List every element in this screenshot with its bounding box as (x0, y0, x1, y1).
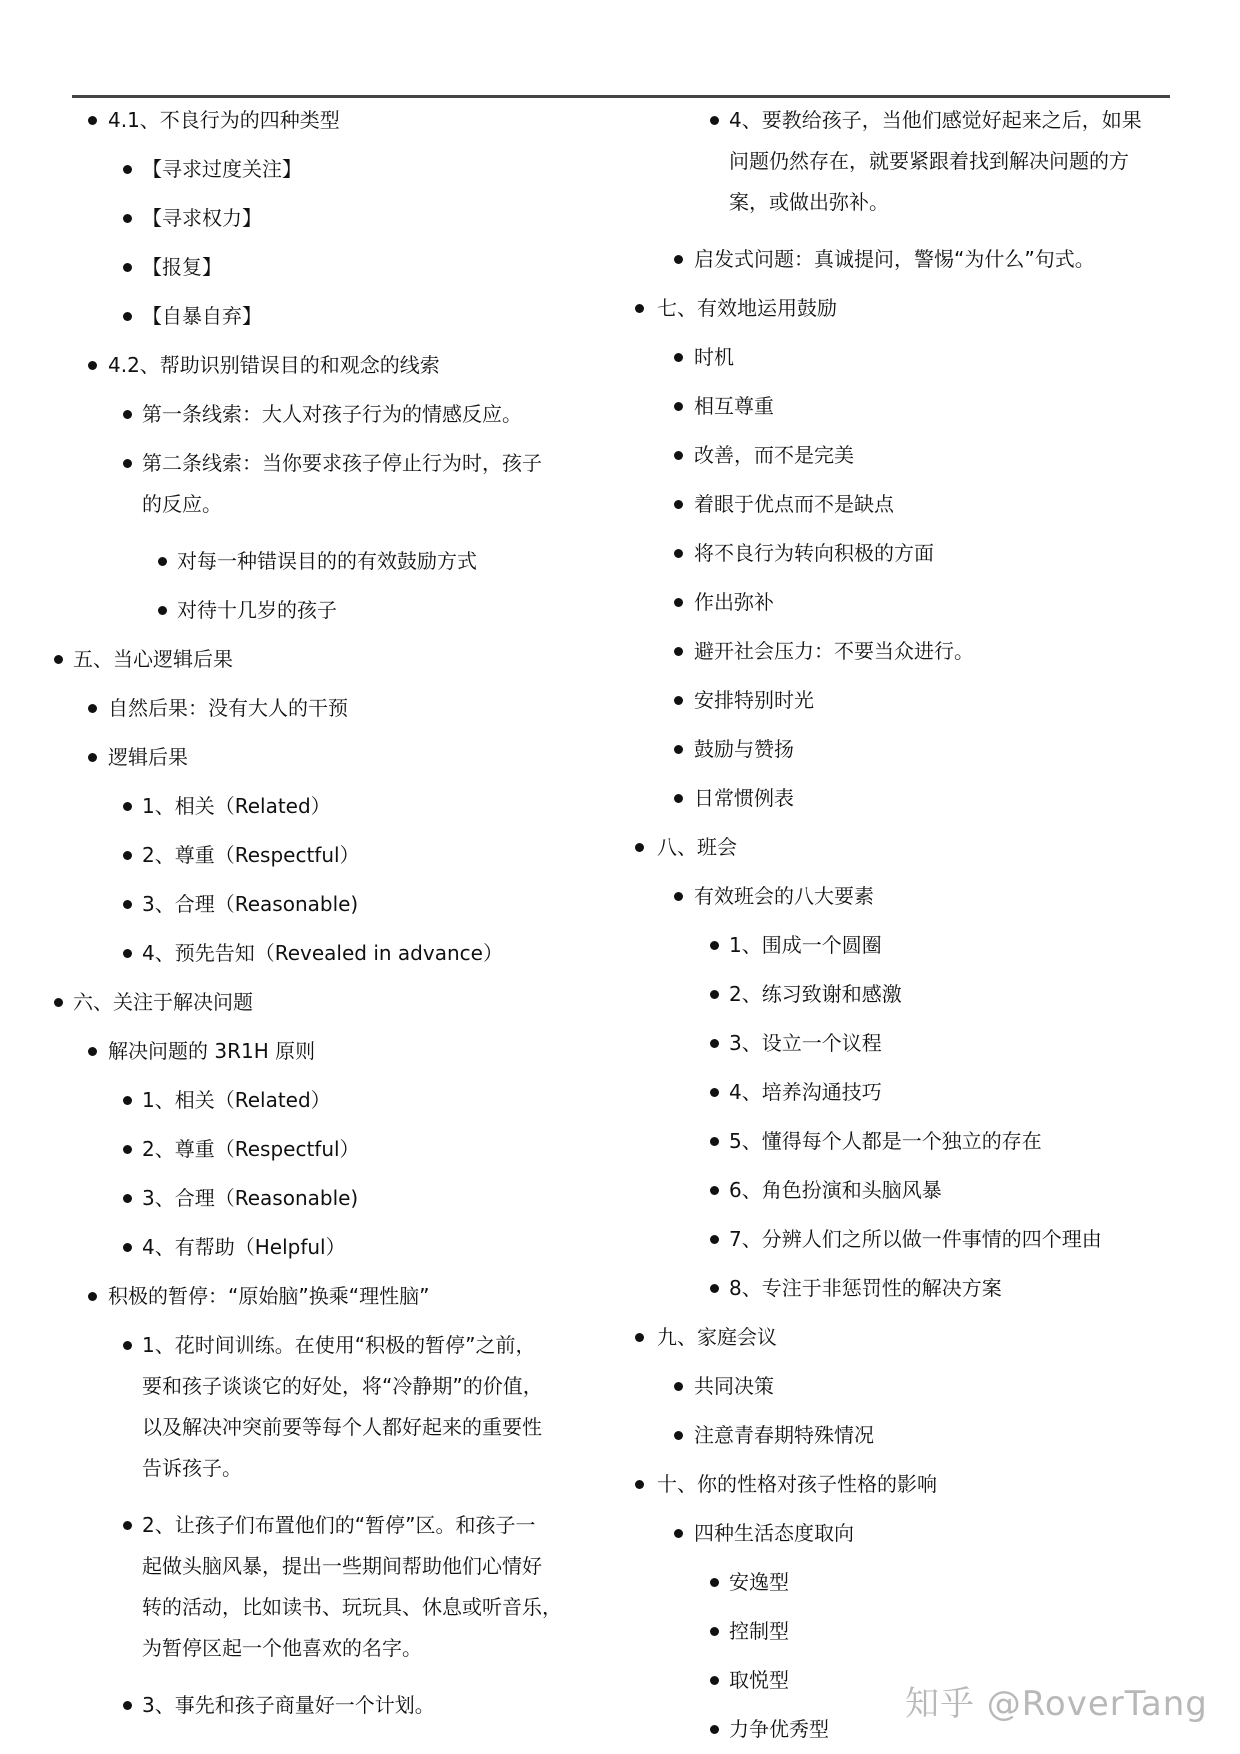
outline-item-text: 3、设立一个议程 (729, 1023, 1180, 1064)
outline-item-text: 4、要教给孩子，当他们感觉好起来之后，如果 (729, 100, 1180, 141)
outline-item-level-1: 鼓励与赞扬 (600, 729, 1180, 770)
bullet-icon (710, 1088, 719, 1097)
bullet-icon (674, 598, 683, 607)
outline-item-level-1: 4.2、帮助识别错误目的和观念的线索 (0, 345, 600, 386)
outline-item-level-2: 【报复】 (0, 247, 600, 288)
outline-item-text: 作出弥补 (694, 582, 1180, 623)
outline-item-level-3: 对每一种错误目的的有效鼓励方式 (0, 541, 600, 582)
bullet-icon (710, 1235, 719, 1244)
outline-item-text: 有效班会的八大要素 (694, 876, 1180, 917)
outline-item-level-0: 八、班会 (600, 827, 1180, 868)
outline-item-level-2: 2、让孩子们布置他们的“暂停”区。和孩子一起做头脑风暴，提出一些期间帮助他们心情… (0, 1505, 600, 1669)
outline-item-text: 3、合理（Reasonable) (142, 1178, 600, 1219)
outline-item-level-3: 对待十几岁的孩子 (0, 590, 600, 631)
bullet-icon (710, 1627, 719, 1636)
outline-list-right: 4、要教给孩子，当他们感觉好起来之后，如果问题仍然存在，就要紧跟着找到解决问题的… (600, 100, 1180, 1750)
outline-item-level-1: 改善，而不是完美 (600, 435, 1180, 476)
outline-item-text: 6、角色扮演和头脑风暴 (729, 1170, 1180, 1211)
outline-item-text: 改善，而不是完美 (694, 435, 1180, 476)
outline-item-level-0: 九、家庭会议 (600, 1317, 1180, 1358)
outline-item-level-1: 作出弥补 (600, 582, 1180, 623)
outline-item-text: 时机 (694, 337, 1180, 378)
bullet-icon (123, 1145, 132, 1154)
left-column: 4.1、不良行为的四种类型【寻求过度关注】【寻求权力】【报复】【自暴自弃】4.2… (0, 100, 600, 1734)
bullet-icon (710, 1725, 719, 1734)
outline-item-text: 【寻求过度关注】 (142, 149, 600, 190)
outline-item-text: 转的活动，比如读书、玩玩具、休息或听音乐， (142, 1587, 600, 1628)
bullet-icon (123, 1096, 132, 1105)
outline-item-text: 2、练习致谢和感激 (729, 974, 1180, 1015)
bullet-icon (674, 892, 683, 901)
bullet-icon (674, 1382, 683, 1391)
outline-item-level-2: 【寻求权力】 (0, 198, 600, 239)
outline-item-level-2: 4、预先告知（Revealed in advance） (0, 933, 600, 974)
outline-item-level-1: 着眼于优点而不是缺点 (600, 484, 1180, 525)
outline-item-text: 为暂停区起一个他喜欢的名字。 (142, 1628, 600, 1669)
outline-item-text: 对每一种错误目的的有效鼓励方式 (177, 541, 600, 582)
bullet-icon (88, 361, 97, 370)
bullet-icon (123, 1701, 132, 1710)
outline-item-text: 安排特别时光 (694, 680, 1180, 721)
bullet-icon (710, 1039, 719, 1048)
outline-item-level-2: 1、相关（Related） (0, 1080, 600, 1121)
outline-item-level-2: 4、培养沟通技巧 (600, 1072, 1180, 1113)
bullet-icon (674, 549, 683, 558)
bullet-icon (123, 459, 132, 468)
outline-item-text: 六、关注于解决问题 (73, 982, 600, 1023)
bullet-icon (710, 1186, 719, 1195)
outline-item-text: 八、班会 (657, 827, 1180, 868)
bullet-icon (674, 255, 683, 264)
bullet-icon (674, 745, 683, 754)
outline-item-text: 3、事先和孩子商量好一个计划。 (142, 1685, 600, 1726)
outline-item-text: 注意青春期特殊情况 (694, 1415, 1180, 1456)
bullet-icon (123, 1521, 132, 1530)
outline-item-text: 2、尊重（Respectful） (142, 835, 600, 876)
outline-item-level-1: 4.1、不良行为的四种类型 (0, 100, 600, 141)
outline-item-level-2: 3、合理（Reasonable) (0, 1178, 600, 1219)
outline-item-text: 【寻求权力】 (142, 198, 600, 239)
outline-item-text: 7、分辨人们之所以做一件事情的四个理由 (729, 1219, 1180, 1260)
bullet-icon (123, 802, 132, 811)
outline-item-level-2: 3、设立一个议程 (600, 1023, 1180, 1064)
outline-item-level-2: 6、角色扮演和头脑风暴 (600, 1170, 1180, 1211)
outline-item-text: 对待十几岁的孩子 (177, 590, 600, 631)
bullet-icon (710, 1284, 719, 1293)
outline-item-text: 3、合理（Reasonable) (142, 884, 600, 925)
outline-item-level-1: 注意青春期特殊情况 (600, 1415, 1180, 1456)
outline-item-text: 控制型 (729, 1611, 1180, 1652)
bullet-icon (88, 704, 97, 713)
outline-item-text: 以及解决冲突前要等每个人都好起来的重要性 (142, 1407, 600, 1448)
outline-item-text: 5、懂得每个人都是一个独立的存在 (729, 1121, 1180, 1162)
outline-item-text: 4.1、不良行为的四种类型 (108, 100, 600, 141)
bullet-icon (54, 998, 63, 1007)
outline-item-level-1: 安排特别时光 (600, 680, 1180, 721)
outline-item-level-2: 3、合理（Reasonable) (0, 884, 600, 925)
outline-item-level-2: 1、围成一个圆圈 (600, 925, 1180, 966)
bullet-icon (123, 900, 132, 909)
outline-item-level-1: 启发式问题：真诚提问，警惕“为什么”句式。 (600, 239, 1180, 280)
outline-item-level-2: 控制型 (600, 1611, 1180, 1652)
outline-item-text: 七、有效地运用鼓励 (657, 288, 1180, 329)
outline-item-level-0: 六、关注于解决问题 (0, 982, 600, 1023)
outline-item-level-2: 2、尊重（Respectful） (0, 1129, 600, 1170)
outline-item-text: 四种生活态度取向 (694, 1513, 1180, 1554)
bullet-icon (158, 606, 167, 615)
outline-item-level-1: 共同决策 (600, 1366, 1180, 1407)
outline-item-level-2: 第一条线索：大人对孩子行为的情感反应。 (0, 394, 600, 435)
zhihu-watermark: 知乎 @RoverTang (905, 1676, 1208, 1725)
outline-item-level-1: 日常惯例表 (600, 778, 1180, 819)
outline-item-text: 解决问题的 3R1H 原则 (108, 1031, 600, 1072)
outline-item-level-1: 相互尊重 (600, 386, 1180, 427)
outline-item-level-2: 安逸型 (600, 1562, 1180, 1603)
bullet-icon (158, 557, 167, 566)
outline-list-left: 4.1、不良行为的四种类型【寻求过度关注】【寻求权力】【报复】【自暴自弃】4.2… (0, 100, 600, 1726)
bullet-icon (123, 410, 132, 419)
outline-item-level-2: 1、相关（Related） (0, 786, 600, 827)
bullet-icon (674, 500, 683, 509)
outline-item-text: 4、培养沟通技巧 (729, 1072, 1180, 1113)
outline-item-text: 1、相关（Related） (142, 1080, 600, 1121)
outline-item-level-2: 2、练习致谢和感激 (600, 974, 1180, 1015)
outline-item-level-2: 3、事先和孩子商量好一个计划。 (0, 1685, 600, 1726)
bullet-icon (635, 1480, 644, 1489)
outline-item-text: 逻辑后果 (108, 737, 600, 778)
bullet-icon (635, 1333, 644, 1342)
bullet-icon (635, 304, 644, 313)
bullet-icon (123, 214, 132, 223)
outline-item-text: 共同决策 (694, 1366, 1180, 1407)
outline-item-level-1: 将不良行为转向积极的方面 (600, 533, 1180, 574)
bullet-icon (123, 851, 132, 860)
outline-item-text: 【自暴自弃】 (142, 296, 600, 337)
bullet-icon (123, 165, 132, 174)
header-rule (72, 95, 1170, 98)
outline-item-text: 1、相关（Related） (142, 786, 600, 827)
outline-item-text: 4、有帮助（Helpful） (142, 1227, 600, 1268)
outline-item-level-1: 解决问题的 3R1H 原则 (0, 1031, 600, 1072)
bullet-icon (674, 1529, 683, 1538)
bullet-icon (88, 1047, 97, 1056)
outline-item-text: 问题仍然存在，就要紧跟着找到解决问题的方 (729, 141, 1180, 182)
outline-item-text: 案，或做出弥补。 (729, 182, 1180, 223)
bullet-icon (88, 1292, 97, 1301)
outline-item-level-2: 【自暴自弃】 (0, 296, 600, 337)
outline-item-level-2: 第二条线索：当你要求孩子停止行为时，孩子的反应。 (0, 443, 600, 525)
bullet-icon (674, 696, 683, 705)
outline-item-text: 相互尊重 (694, 386, 1180, 427)
outline-item-text: 的反应。 (142, 484, 600, 525)
outline-item-text: 启发式问题：真诚提问，警惕“为什么”句式。 (694, 239, 1180, 280)
bullet-icon (710, 1676, 719, 1685)
bullet-icon (710, 116, 719, 125)
outline-item-text: 安逸型 (729, 1562, 1180, 1603)
bullet-icon (123, 312, 132, 321)
bullet-icon (674, 647, 683, 656)
outline-item-level-1: 积极的暂停：“原始脑”换乘“理性脑” (0, 1276, 600, 1317)
bullet-icon (674, 402, 683, 411)
outline-item-level-1: 有效班会的八大要素 (600, 876, 1180, 917)
outline-item-text: 着眼于优点而不是缺点 (694, 484, 1180, 525)
outline-item-text: 告诉孩子。 (142, 1448, 600, 1489)
outline-item-level-2: 【寻求过度关注】 (0, 149, 600, 190)
outline-item-text: 将不良行为转向积极的方面 (694, 533, 1180, 574)
bullet-icon (123, 1194, 132, 1203)
outline-item-level-1: 时机 (600, 337, 1180, 378)
bullet-icon (88, 116, 97, 125)
outline-item-level-2: 1、花时间训练。在使用“积极的暂停”之前，要和孩子谈谈它的好处，将“冷静期”的价… (0, 1325, 600, 1489)
outline-item-level-2: 8、专注于非惩罚性的解决方案 (600, 1268, 1180, 1309)
outline-item-text: 8、专注于非惩罚性的解决方案 (729, 1268, 1180, 1309)
bullet-icon (123, 263, 132, 272)
bullet-icon (710, 1578, 719, 1587)
outline-item-text: 日常惯例表 (694, 778, 1180, 819)
outline-item-text: 4、预先告知（Revealed in advance） (142, 933, 600, 974)
bullet-icon (88, 753, 97, 762)
outline-item-text: 要和孩子谈谈它的好处，将“冷静期”的价值， (142, 1366, 600, 1407)
bullet-icon (123, 1243, 132, 1252)
right-column: 4、要教给孩子，当他们感觉好起来之后，如果问题仍然存在，就要紧跟着找到解决问题的… (600, 100, 1180, 1754)
outline-item-text: 4.2、帮助识别错误目的和观念的线索 (108, 345, 600, 386)
bullet-icon (674, 451, 683, 460)
bullet-icon (710, 941, 719, 950)
outline-item-text: 第二条线索：当你要求孩子停止行为时，孩子 (142, 443, 600, 484)
outline-item-text: 避开社会压力：不要当众进行。 (694, 631, 1180, 672)
bullet-icon (635, 843, 644, 852)
outline-item-level-1: 自然后果：没有大人的干预 (0, 688, 600, 729)
outline-item-level-1: 逻辑后果 (0, 737, 600, 778)
bullet-icon (123, 949, 132, 958)
bullet-icon (710, 1137, 719, 1146)
outline-item-text: 2、尊重（Respectful） (142, 1129, 600, 1170)
outline-item-text: 1、花时间训练。在使用“积极的暂停”之前， (142, 1325, 600, 1366)
outline-item-text: 2、让孩子们布置他们的“暂停”区。和孩子一 (142, 1505, 600, 1546)
outline-item-text: 起做头脑风暴，提出一些期间帮助他们心情好 (142, 1546, 600, 1587)
bullet-icon (710, 990, 719, 999)
outline-item-level-2: 7、分辨人们之所以做一件事情的四个理由 (600, 1219, 1180, 1260)
outline-item-text: 第一条线索：大人对孩子行为的情感反应。 (142, 394, 600, 435)
bullet-icon (123, 1341, 132, 1350)
bullet-icon (674, 1431, 683, 1440)
bullet-icon (54, 655, 63, 664)
outline-item-level-0: 十、你的性格对孩子性格的影响 (600, 1464, 1180, 1505)
outline-item-level-0: 七、有效地运用鼓励 (600, 288, 1180, 329)
outline-item-level-2: 5、懂得每个人都是一个独立的存在 (600, 1121, 1180, 1162)
outline-item-text: 五、当心逻辑后果 (73, 639, 600, 680)
outline-item-level-2: 4、有帮助（Helpful） (0, 1227, 600, 1268)
outline-item-text: 1、围成一个圆圈 (729, 925, 1180, 966)
outline-item-text: 鼓励与赞扬 (694, 729, 1180, 770)
outline-item-text: 积极的暂停：“原始脑”换乘“理性脑” (108, 1276, 600, 1317)
bullet-icon (674, 353, 683, 362)
outline-item-text: 【报复】 (142, 247, 600, 288)
outline-item-text: 十、你的性格对孩子性格的影响 (657, 1464, 1180, 1505)
outline-item-level-2: 2、尊重（Respectful） (0, 835, 600, 876)
outline-item-level-1: 避开社会压力：不要当众进行。 (600, 631, 1180, 672)
outline-item-text: 九、家庭会议 (657, 1317, 1180, 1358)
outline-item-level-2: 4、要教给孩子，当他们感觉好起来之后，如果问题仍然存在，就要紧跟着找到解决问题的… (600, 100, 1180, 223)
outline-item-level-1: 四种生活态度取向 (600, 1513, 1180, 1554)
outline-item-level-0: 五、当心逻辑后果 (0, 639, 600, 680)
outline-item-text: 自然后果：没有大人的干预 (108, 688, 600, 729)
bullet-icon (674, 794, 683, 803)
